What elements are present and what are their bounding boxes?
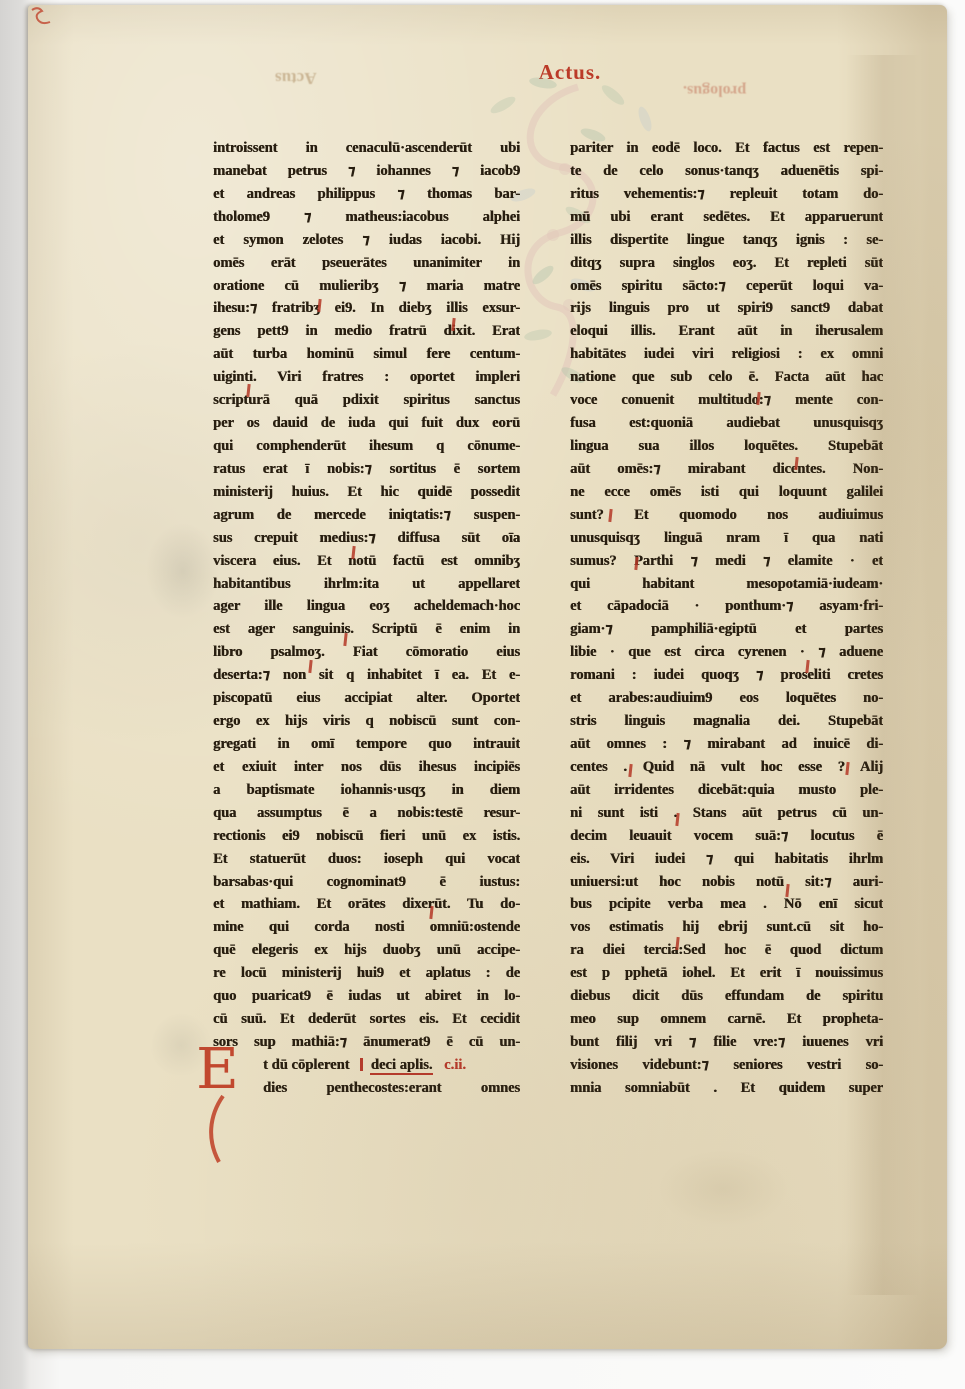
- text-line: eis. Viri iudei ⁊ qui habitatis ihrlm: [570, 848, 883, 871]
- text-line: introissent in cenaculū·ascenderūt ubi: [213, 137, 520, 160]
- parchment-stain: [658, 1150, 788, 1228]
- right-column-lines: pariter in eodē loco. Et factus est repe…: [570, 137, 883, 1100]
- text-line: aūt omēs:⁊ mirabant dicentes. Non-: [570, 458, 883, 481]
- text-line: et andreas philippus ⁊ thomas bar-: [213, 183, 520, 206]
- text-line: te de celo sonus·tanqʒ aduenētis spi-: [570, 160, 883, 183]
- text-line: habitantibus ihrlm:ita ut appellaret: [213, 573, 520, 596]
- text-line: quē elegeris ex hijs duobʒ unū accipe-: [213, 939, 520, 962]
- text-line: sumus? Parthi ⁊ medi ⁊ elamite · et: [570, 550, 883, 573]
- text-line: meo sup omnem carnē. Et propheta-: [570, 1008, 883, 1031]
- text-line: gens pett9 in medio fratrū dixit. Erat: [213, 320, 520, 343]
- show-through-prologus-verso: prologus.: [683, 81, 746, 99]
- text-line: deserta:⁊ non sit q inhabitet ī ea. Et e…: [213, 664, 520, 687]
- text-line: uiginti. Viri fratres : oportet impleri: [213, 366, 520, 389]
- text-line: libro psalmoʒ. Fiat cōmoratio eius: [213, 641, 520, 664]
- text-line: ni sunt isti . Stans aūt petrus cū un-: [570, 802, 883, 825]
- text-line: qua assumptus ē a nobis:testē resur-: [213, 802, 520, 825]
- initial-tail-flourish-icon: [205, 1094, 235, 1166]
- text-line: giam·⁊ pamphiliā·egiptū et partes: [570, 618, 883, 641]
- corner-annotation-mark: [26, 5, 60, 34]
- text-line: natione que sub celo ē. Facta aūt hac: [570, 366, 883, 389]
- show-through-title-verso: Actus: [275, 68, 317, 88]
- text-line: est p pphetā iohel. Et erit ī nouissimus: [570, 962, 883, 985]
- text-line: ministerij huius. Et hic quidē possedit: [213, 481, 520, 504]
- text-line: ra diei tercia:Sed hoc ē quod dictum: [570, 939, 883, 962]
- text-line: qui comphenderūt ihesum q cōnume-: [213, 435, 520, 458]
- text-line: ergo ex hijs viris q nobiscū sunt con-: [213, 710, 520, 733]
- text-line: bunt filij vri ⁊ filie vre:⁊ iuuenes vri: [570, 1031, 883, 1054]
- text-line: bus pcipite verba mea . Nō enī sicut: [570, 893, 883, 916]
- text-line: oratione cū mulieribʒ ⁊ maria matre: [213, 275, 520, 298]
- text-line: ager ille lingua eoʒ acheldemach·hoc: [213, 595, 520, 618]
- text-line: unusquisqʒ linguā nram ī qua nati: [570, 527, 883, 550]
- text-line: sunt? Et quomodo nos audiuimus: [570, 504, 883, 527]
- text-line: fusa est:quoniā audiebat unusquisqʒ: [570, 412, 883, 435]
- rubricated-initial-E: E: [196, 1042, 239, 1098]
- chapter-number: c.ii.: [444, 1057, 466, 1073]
- text-line: piscopatū eius accipiat alter. Oportet: [213, 687, 520, 710]
- text-line: pariter in eodē loco. Et factus est repe…: [570, 137, 883, 160]
- text-line: viscera eius. Et notū factū est omnibʒ: [213, 550, 520, 573]
- text-line: agrum de mercede iniqtatis:⁊ suspen-: [213, 504, 520, 527]
- text-line: lingua sua illos loquētes. Stupebāt: [570, 435, 883, 458]
- left-column-lines: introissent in cenaculū·ascenderūt ubima…: [213, 137, 520, 1054]
- text-line: Et statuerūt duos: ioseph qui vocat: [213, 848, 520, 871]
- text-line: omēs spiritu sācto:⁊ ceperūt loqui va-: [570, 275, 883, 298]
- running-title: Actus.: [460, 60, 680, 85]
- incipit-label: deci aplis.: [370, 1057, 434, 1075]
- text-line: cū suū. Et dederūt sortes eis. Et cecidi…: [213, 1008, 520, 1031]
- text-line: voce conuenit multitudo:⁊ mente con-: [570, 389, 883, 412]
- text-line: diebus dicit dūs effundam de spiritu: [570, 985, 883, 1008]
- binding-crease-shadow: [846, 55, 920, 1295]
- text-line: dies penthecostes:erant omnes: [213, 1077, 520, 1100]
- text-line: mine qui corda nosti omniū:ostende: [213, 916, 520, 939]
- text-line: et mathiam. Et orātes dixerūt. Tu do-: [213, 893, 520, 916]
- red-squiggle-icon: [26, 5, 60, 29]
- text-line: visiones videbunt:⁊ seniores vestri so-: [570, 1054, 883, 1077]
- text-line: eloqui illis. Erant aūt in iherusalem: [570, 320, 883, 343]
- text-line: barsabas·qui cognominat9 ē iustus:: [213, 871, 520, 894]
- text-line: et exiuit inter nos dūs ihesus incipiēs: [213, 756, 520, 779]
- text-line: mnia somniabūt . Et quidem super: [570, 1077, 883, 1100]
- text-line: aūt omnes : ⁊ mirabant ad inuicē di-: [570, 733, 883, 756]
- text-line: sors sup mathiā:⁊ ānumerat9 ē cū un-: [213, 1031, 520, 1054]
- text-line: romani : iudei quoqʒ ⁊ proseliti cretes: [570, 664, 883, 687]
- text-column-right: pariter in eodē loco. Et factus est repe…: [570, 137, 883, 1100]
- text-line: a baptismate iohannis·usqʒ in diem: [213, 779, 520, 802]
- text-line: ditqʒ supra singlos eoʒ. Et repleti sūt: [570, 252, 883, 275]
- chapter-opening-line: E t dū cōplerent deci aplis. c.ii.: [213, 1054, 520, 1077]
- text-line: scripturā quā pdixit spiritus sanctus: [213, 389, 520, 412]
- text-line: qui habitant mesopotamiā·iudeam·: [570, 573, 883, 596]
- text-column-left: introissent in cenaculū·ascenderūt ubima…: [213, 137, 520, 1100]
- rubric-paragraph-mark: [360, 1058, 363, 1071]
- text-line: mū ubi erant sedētes. Et apparuerunt: [570, 206, 883, 229]
- text-line: uniuersi:ut hoc nobis notū sit:⁊ auri-: [570, 871, 883, 894]
- text-line: aūt turba hominū simul fere centum-: [213, 343, 520, 366]
- text-line: centes . Quid nā vult hoc esse ? Alij: [570, 756, 883, 779]
- text-line: libie · que est circa cyrenen · ⁊ aduene: [570, 641, 883, 664]
- text-line: tholome9 ⁊ matheus:iacobus alphei: [213, 206, 520, 229]
- text-line: aūt irridentes dicebāt:quia musto ple-: [570, 779, 883, 802]
- text-line: omēs erāt pseuerātes unanimiter in: [213, 252, 520, 275]
- opening-words: t dū cōplerent: [263, 1057, 349, 1073]
- text-line: et symon zelotes ⁊ iudas iacobi. Hij: [213, 229, 520, 252]
- parchment-stain: [146, 523, 220, 619]
- text-line: per os dauid de iuda qui fuit dux eorū: [213, 412, 520, 435]
- text-line: ihesu:⁊ fratribʒ ei9. In diebʒ illis exs…: [213, 297, 520, 320]
- text-line: et cāpadociā · ponthum·⁊ asyam·fri-: [570, 595, 883, 618]
- scanned-page: Actus. Actus prologus.: [0, 0, 965, 1389]
- text-line: et arabes:audiuim9 eos loquētes no-: [570, 687, 883, 710]
- text-line: vos estimatis hij ebrij sunt.cū sit ho-: [570, 916, 883, 939]
- text-line: habitātes iudei viri religiosi : ex omni: [570, 343, 883, 366]
- text-line: decim leuauit vocem suā:⁊ locutus ē: [570, 825, 883, 848]
- text-line: sus crepuit medius:⁊ diffusa sūt oīa: [213, 527, 520, 550]
- text-line: ritus vehementis:⁊ repleuit totam do-: [570, 183, 883, 206]
- text-line: rectionis ei9 nobiscū fieri unū ex istis…: [213, 825, 520, 848]
- text-line: stris linguis magnalia dei. Stupebāt: [570, 710, 883, 733]
- text-line: quo puaricat9 ē iudas ut abiret in lo-: [213, 985, 520, 1008]
- text-line: rijs linguis pro ut spiri9 sanct9 dabat: [570, 297, 883, 320]
- text-line: illis dispertite lingue tanqʒ ignis : se…: [570, 229, 883, 252]
- text-line: re locū ministerij hui9 et aplatus : de: [213, 962, 520, 985]
- text-line: manebat petrus ⁊ iohannes ⁊ iacob9: [213, 160, 520, 183]
- text-line: ratus erat ī nobis:⁊ sortitus ē sortem: [213, 458, 520, 481]
- text-line: ne ecce omēs isti qui loquunt galilei: [570, 481, 883, 504]
- parchment-page: Actus. Actus prologus.: [28, 5, 947, 1349]
- text-line: gregati in omī tempore quo intrauit: [213, 733, 520, 756]
- text-line: est ager sanguinis. Scriptū ē enim in: [213, 618, 520, 641]
